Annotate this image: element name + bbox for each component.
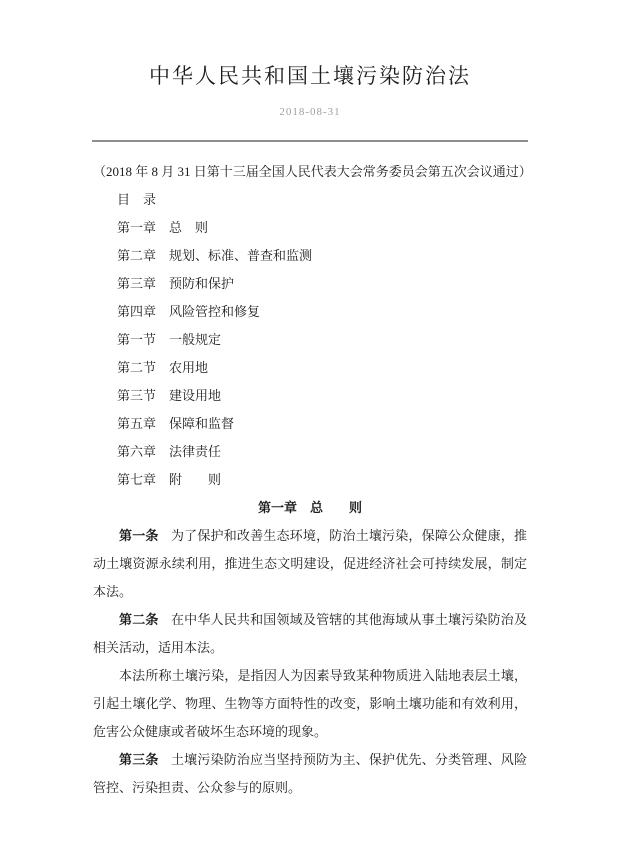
article-1-number: 第一条 xyxy=(119,528,159,543)
article-3-number: 第三条 xyxy=(119,752,159,767)
toc-item-chapter-6: 第六章 法律责任 xyxy=(93,438,527,466)
article-2-paragraph: 第二条在中华人民共和国领域及管辖的其他海域从事土壤污染防治及相关活动，适用本法。 xyxy=(93,606,527,662)
article-2-definition-paragraph: 本法所称土壤污染，是指因人为因素导致某种物质进入陆地表层土壤，引起土壤化学、物理… xyxy=(93,662,527,746)
toc-item-chapter-2: 第二章 规划、标准、普查和监测 xyxy=(93,242,527,270)
article-3-paragraph: 第三条土壤污染防治应当坚持预防为主、保护优先、分类管理、风险管控、污染担责、公众… xyxy=(93,746,527,802)
title-divider-rule xyxy=(92,140,528,142)
document-title: 中华人民共和国土壤污染防治法 xyxy=(0,0,620,89)
toc-item-chapter-4: 第四章 风险管控和修复 xyxy=(93,298,527,326)
table-of-contents: 目 录 第一章 总 则 第二章 规划、标准、普查和监测 第三章 预防和保护 第四… xyxy=(93,186,527,494)
toc-item-section-2: 第二节 农用地 xyxy=(93,354,527,382)
toc-item-chapter-1: 第一章 总 则 xyxy=(93,214,527,242)
document-body: （2018 年 8 月 31 日第十三届全国人民代表大会常务委员会第五次会议通过… xyxy=(93,158,527,802)
chapter-1-heading: 第一章 总 则 xyxy=(93,494,527,522)
toc-item-chapter-5: 第五章 保障和监督 xyxy=(93,410,527,438)
toc-heading: 目 录 xyxy=(93,186,527,214)
toc-item-section-3: 第三节 建设用地 xyxy=(93,382,527,410)
enactment-note: （2018 年 8 月 31 日第十三届全国人民代表大会常务委员会第五次会议通过… xyxy=(93,158,527,186)
article-2-number: 第二条 xyxy=(119,612,159,627)
document-page: 中华人民共和国土壤污染防治法 2018-08-31 （2018 年 8 月 31… xyxy=(0,0,620,868)
document-date: 2018-08-31 xyxy=(0,105,620,119)
toc-item-section-1: 第一节 一般规定 xyxy=(93,326,527,354)
toc-item-chapter-3: 第三章 预防和保护 xyxy=(93,270,527,298)
article-1-paragraph: 第一条为了保护和改善生态环境，防治土壤污染，保障公众健康，推动土壤资源永续利用，… xyxy=(93,522,527,606)
article-2-definition-text: 本法所称土壤污染，是指因人为因素导致某种物质进入陆地表层土壤，引起土壤化学、物理… xyxy=(93,668,527,739)
toc-item-chapter-7: 第七章 附 则 xyxy=(93,466,527,494)
